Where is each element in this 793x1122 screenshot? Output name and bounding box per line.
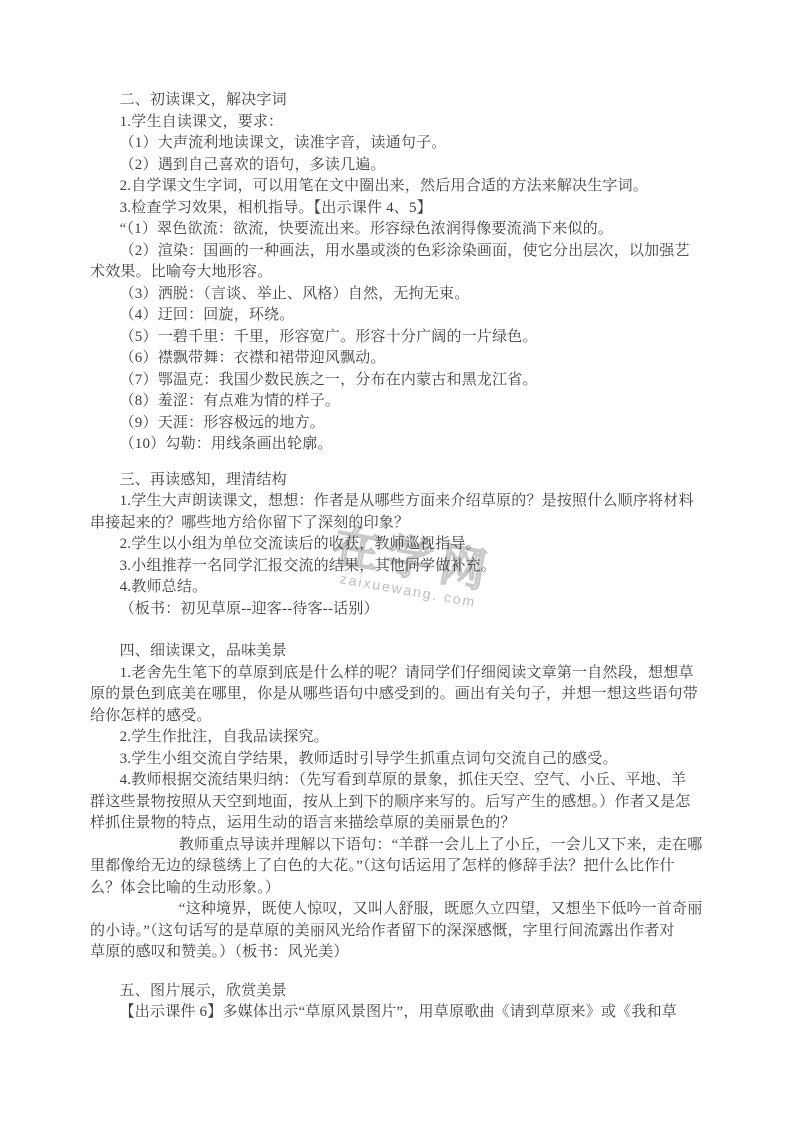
text-line: 3.小组推荐一名同学汇报交流的结果，其他同学做补充。	[90, 556, 730, 578]
blank-line	[90, 620, 730, 641]
text-line: 4.教师总结。	[90, 577, 730, 599]
text-line: 2.自学课文生字词，可以用笔在文中圈出来，然后用合适的方法来解决生字词。	[90, 176, 730, 198]
text-line: 【出示课件 6】多媒体出示“草原风景图片”，用草原歌曲《请到草原来》或《我和草	[90, 1002, 730, 1024]
text-line: （8）羞涩：有点难为情的样子。	[90, 391, 730, 413]
text-line: （7）鄂温克：我国少数民族之一，分布在内蒙古和黑龙江省。	[90, 370, 730, 392]
text-line: 给你怎样的感受。	[90, 706, 730, 728]
text-line: （10）勾勒：用线条画出轮廓。	[90, 434, 730, 456]
text-line: 3.检查学习效果，相机指导。【出示课件 4、5】	[90, 198, 730, 220]
document-page: 在学网 zaixuewang. com 二、初读课文，解决字词1.学生自读课文，…	[0, 0, 793, 1122]
text-line: （6）襟飘带舞：衣襟和裙带迎风飘动。	[90, 348, 730, 370]
text-line: 五、图片展示，欣赏美景	[90, 981, 730, 1003]
text-line: 四、细读课文，品味美景	[90, 641, 730, 663]
text-line: 教师重点导读并理解以下语句：“羊群一会儿上了小丘，一会儿又下来，走在哪	[90, 835, 730, 857]
text-line: （4）迂回：回旋，环绕。	[90, 305, 730, 327]
text-line: 2.学生作批注，自我品读探究。	[90, 727, 730, 749]
text-line: （3）洒脱：（言谈、举止、风格）自然，无拘无束。	[90, 284, 730, 306]
text-line: 的小诗。”（这句话写的是草原的美丽风光给作者留下的深深感慨，字里行间流露出作者对	[90, 921, 730, 943]
text-line: （9）天涯：形容极远的地方。	[90, 413, 730, 435]
text-line: 1.老舍先生笔下的草原到底是什么样的呢？请同学们仔细阅读文章第一自然段，想想草	[90, 663, 730, 685]
text-line: 2.学生以小组为单位交流读后的收获，教师巡视指导。	[90, 534, 730, 556]
text-line: 原的景色到底美在哪里，你是从哪些语句中感受到的。画出有关句子，并想一想这些语句带	[90, 684, 730, 706]
text-line: 4.教师根据交流结果归纳：（先写看到草原的景象，抓住天空、空气、小丘、平地、羊	[90, 770, 730, 792]
text-line: 3.学生小组交流自学结果，教师适时引导学生抓重点词句交流自己的感受。	[90, 749, 730, 771]
text-line: （1）大声流利地读课文，读准字音，读通句子。	[90, 133, 730, 155]
text-line: 三、再读感知，理清结构	[90, 470, 730, 492]
text-line: “这种境界，既使人惊叹，又叫人舒服，既愿久立四望，又想坐下低吟一首奇丽	[90, 899, 730, 921]
text-line: “（1）翠色欲流：欲流，快要流出来。形容绿色浓润得像要流淌下来似的。	[90, 219, 730, 241]
text-line: 术效果。比喻夸大地形容。	[90, 262, 730, 284]
text-line: 群这些景物按照从天空到地面，按从上到下的顺序来写的。后写产生的感想。）作者又是怎	[90, 792, 730, 814]
text-line: 二、初读课文，解决字词	[90, 90, 730, 112]
document-body: 二、初读课文，解决字词1.学生自读课文，要求：（1）大声流利地读课文，读准字音，…	[90, 90, 730, 1024]
text-line: 1.学生自读课文，要求：	[90, 112, 730, 134]
text-line: 草原的感叹和赞美。）（板书：风光美）	[90, 942, 730, 964]
blank-line	[90, 964, 730, 981]
text-line: 1.学生大声朗读课文，想想：作者是从哪些方面来介绍草原的？是按照什么顺序将材料	[90, 491, 730, 513]
blank-line	[90, 456, 730, 470]
text-line: （2）遇到自己喜欢的语句，多读几遍。	[90, 155, 730, 177]
text-line: 串接起来的？哪些地方给你留下了深刻的印象？	[90, 513, 730, 535]
text-line: 样抓住景物的特点，运用生动的语言来描绘草原的美丽景色的？	[90, 813, 730, 835]
text-line: （2）渲染：国画的一种画法，用水墨或淡的色彩涂染画面，使它分出层次，以加强艺	[90, 241, 730, 263]
text-line: 么？体会比喻的生动形象。）	[90, 878, 730, 900]
text-line: （板书：初见草原--迎客--待客--话别）	[90, 599, 730, 621]
text-line: 里都像给无边的绿毯绣上了白色的大花。”（这句话运用了怎样的修辞手法？把什么比作什	[90, 856, 730, 878]
text-line: （5）一碧千里：千里，形容宽广。形容十分广阔的一片绿色。	[90, 327, 730, 349]
